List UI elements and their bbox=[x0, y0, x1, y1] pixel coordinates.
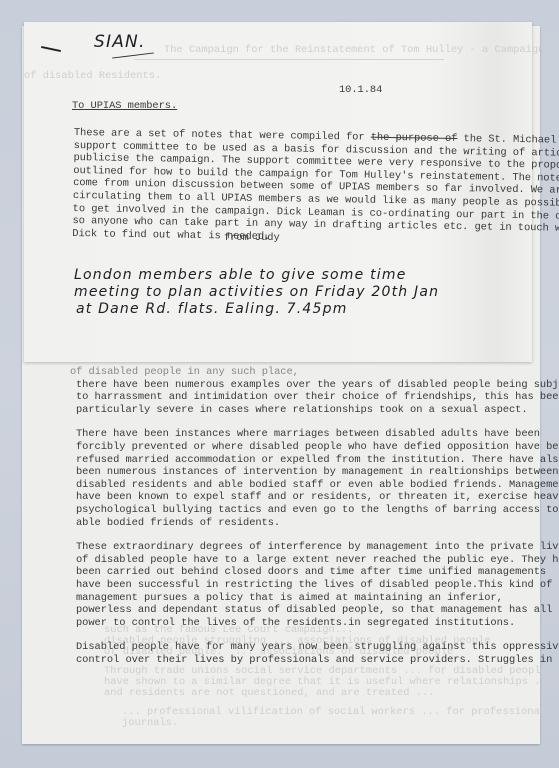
handwritten-meeting-note: London members able to give some timemee… bbox=[74, 267, 439, 318]
bleed-through-heading: The Campaign for the Reinstatement of To… bbox=[164, 44, 544, 56]
body-line: been carried out behind closed doors and… bbox=[76, 566, 559, 579]
body-line: been numerous instances of intervention … bbox=[76, 466, 559, 479]
body-line: able bodied friends of residents. bbox=[76, 517, 559, 530]
body-line: of disabled people have to a large exten… bbox=[76, 554, 559, 567]
body-line: have been known to expel staff and or re… bbox=[76, 491, 559, 504]
body-line: control over their lives by professional… bbox=[76, 654, 559, 667]
body-paragraph: These extraordinary degrees of interfere… bbox=[76, 541, 559, 629]
body-paragraph: Disabled people have for many years now … bbox=[76, 641, 559, 666]
faint-line: journals. bbox=[122, 717, 178, 729]
memo-signature: from Judy bbox=[224, 232, 280, 245]
faint-line: ... professional vilification of social … bbox=[122, 706, 546, 718]
memo-date: 10.1.84 bbox=[339, 84, 382, 97]
handwritten-line: meeting to plan activities on Friday 20t… bbox=[74, 284, 439, 301]
memo-salutation: To UPIAS members. bbox=[72, 100, 177, 113]
body-line: psychological bullying tactics and even … bbox=[76, 504, 559, 517]
pen-dash-mark bbox=[41, 46, 61, 52]
body-line: These extraordinary degrees of interfere… bbox=[76, 541, 559, 554]
body-line: powerless and dependant status of disabl… bbox=[76, 604, 559, 617]
body-line: to harrassment and intimidation over the… bbox=[76, 391, 559, 404]
body-line: particularly severe in cases where relat… bbox=[76, 404, 559, 417]
body-line: refused married accommodation or expelle… bbox=[76, 454, 559, 467]
handwritten-line: at Dane Rd. flats. Ealing. 7.45pm bbox=[76, 301, 439, 318]
body-line: disabled residents and able bodied staff… bbox=[76, 479, 559, 492]
body-line: Disabled people have for many years now … bbox=[76, 641, 559, 654]
bleed-through-rule bbox=[134, 59, 444, 60]
body-line: power to control the lives of the reside… bbox=[76, 617, 559, 630]
body-line: management pursues a policy that is aime… bbox=[76, 592, 559, 605]
body-line: have been successful in restricting the … bbox=[76, 579, 559, 592]
body-line: there have been numerous examples over t… bbox=[76, 379, 559, 392]
second-page-body: of disabled people in any such place,the… bbox=[76, 366, 559, 678]
handwritten-name: SIAN. bbox=[94, 32, 146, 52]
body-line: of disabled people in any such place, bbox=[70, 366, 559, 379]
name-underline bbox=[112, 52, 154, 58]
body-paragraph: There have been instances where marriage… bbox=[76, 428, 559, 529]
body-line: There have been instances where marriage… bbox=[76, 428, 559, 441]
struck-out-text: the purpose of bbox=[371, 132, 458, 145]
body-paragraph: of disabled people in any such place,the… bbox=[76, 366, 559, 416]
handwritten-line: London members able to give some time bbox=[74, 267, 439, 284]
bleed-through-subheading: of disabled Residents. bbox=[24, 70, 161, 82]
memo-intro-paragraph: These are a set of notes that were compi… bbox=[72, 127, 559, 249]
top-page-memo: SIAN. The Campaign for the Reinstatement… bbox=[24, 22, 532, 362]
faint-line: and residents are not questioned, and ar… bbox=[104, 687, 434, 699]
body-line: forcibly prevented or where disabled peo… bbox=[76, 441, 559, 454]
